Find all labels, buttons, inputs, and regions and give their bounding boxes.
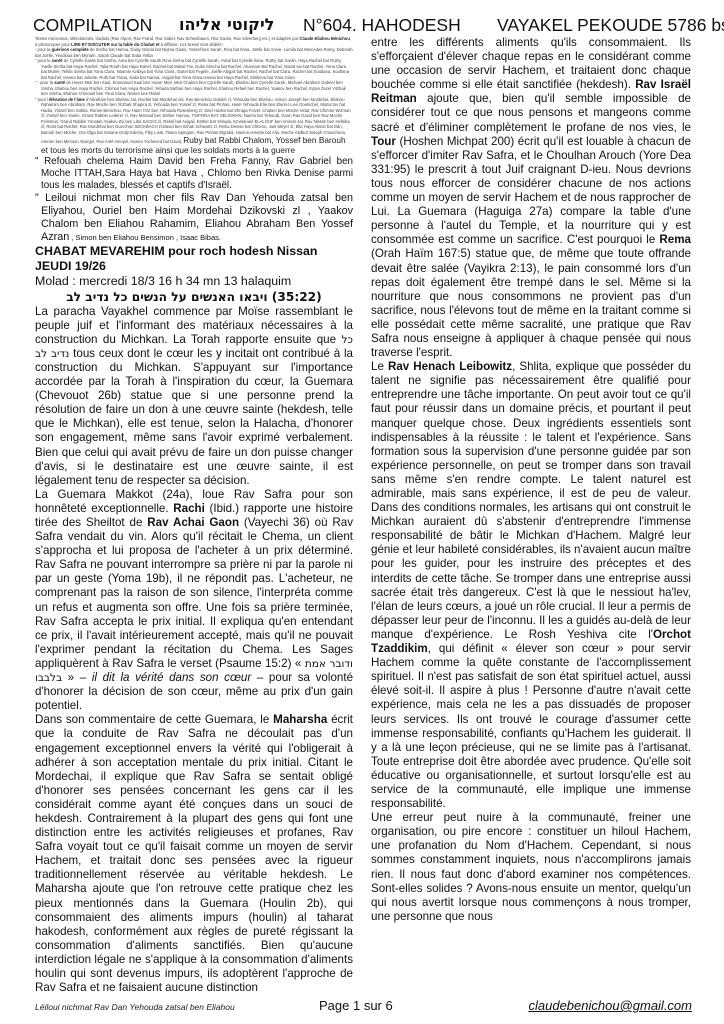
left-paragraph-3: Dans son commentaire de cette Guemara, l… [35,713,353,995]
issue-number: N°604. HAHODESH [303,15,461,36]
hebrew-title: ליקוטי אליהו [179,15,274,34]
right-column: entre les différents aliments qu'ils con… [371,36,691,924]
compilation-title: COMPILATION [33,15,152,36]
left-paragraph-2: La Guemara Makkot (24a), loue Rav Safra … [35,488,353,714]
document-page: COMPILATION ליקוטי אליהו N°604. HAHODESH… [0,0,724,1024]
parasha-name: VAYAKEL PEKOUDE 5786 bs ''d [497,15,724,36]
chabat-mevarehim: CHABAT MEVAREHIM pour roch hodesh Nissan… [35,244,353,274]
intro-text: Textes méconnus, sélectionnés, traduits … [35,36,353,47]
dedication-refouah: " Refouah chelema Haim David ben Freha F… [35,156,353,192]
email-link[interactable]: claudebenichou@gmail.com [528,998,692,1013]
page-footer: Léiloui nichmat Rav Dan Yehouda zatsal b… [35,998,692,1018]
molad: Molad : mercredi 18/3 16 h 34 mn 13 hala… [35,274,353,289]
right-paragraph-1: entre les différents aliments qu'ils con… [371,36,691,360]
dedication-health-2: " - pour la santé de Haver Meir ben Saul… [35,80,353,97]
dedication-health-1: " pour la santé de Cyrielle Sarah bat Si… [35,58,353,80]
dedication-leiloui: " Leiloui nichmat mon cher fils Rav Dan … [35,192,353,244]
left-paragraph-1: La paracha Vayakhel commence par Moïse r… [35,305,353,488]
dedication-healing: - pour la guérison complète de Simha bat… [35,47,353,58]
verse-heading: ויבאו האנשים על הנשים כל נדיב לב (35:22) [35,289,353,305]
dedication-elevation: " pour l'élévation de l'âme d'Abraham be… [35,97,353,156]
left-column: Textes méconnus, sélectionnés, traduits … [35,36,353,995]
author-name: Claude Eliahou Bénichou [299,36,350,41]
footer-dedication: Léiloui nichmat Rav Dan Yehouda zatsal b… [35,1002,235,1012]
right-paragraph-3: Une erreur peut nuire à la communauté, f… [371,811,691,924]
page-number: Page 1 sur 6 [319,998,393,1013]
right-paragraph-2: Le Rav Henach Leibowitz, Shlita, expliqu… [371,360,691,811]
